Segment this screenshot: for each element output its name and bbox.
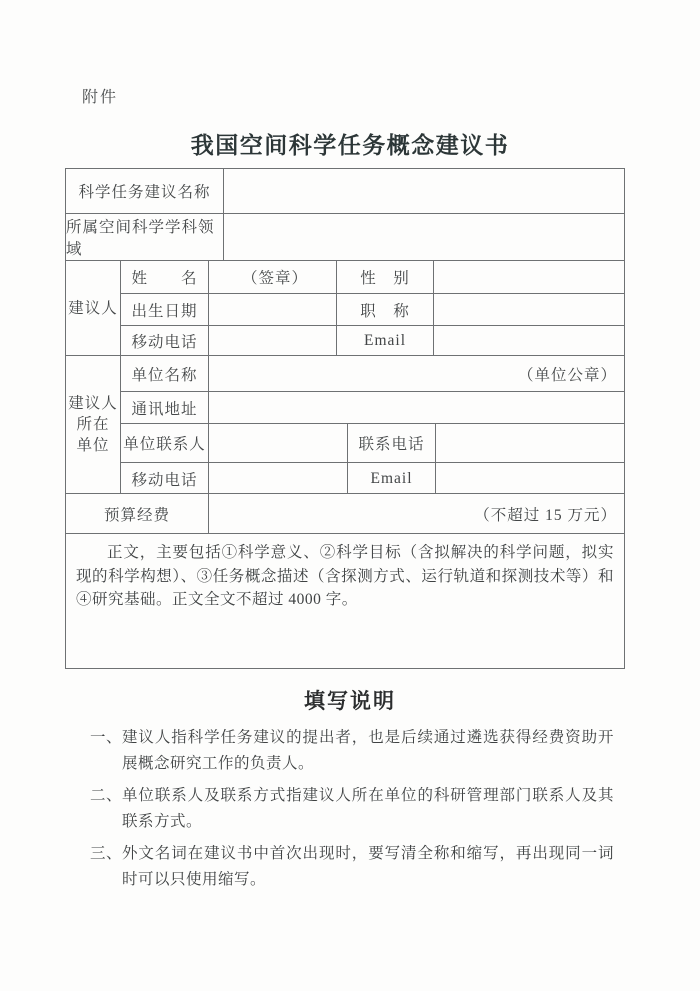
table-section-proposer: 建议人 姓 名 （签章） 性 别 出生日期 职 称 移动电话 Em [66, 261, 624, 356]
table-row-mobile-email: 移动电话 Email [121, 326, 624, 356]
job-title-field [434, 294, 624, 325]
gender-field [434, 261, 624, 293]
proposer-group-label: 建议人 [66, 261, 121, 355]
org-mobile-field [209, 463, 348, 494]
body-text: 正文，主要包括①科学意义、②科学目标（含拟解决的科学问题，拟实现的科学构想）、③… [66, 534, 624, 668]
organization-group-label: 建议人 所在 单位 [66, 356, 121, 493]
table-row-org-contact: 单位联系人 联系电话 [121, 424, 624, 463]
budget-label: 预算经费 [66, 494, 209, 533]
table-row-budget: 预算经费 （不超过 15 万元） [66, 494, 624, 534]
attachment-label: 附件 [82, 84, 118, 107]
contact-phone-field [436, 424, 624, 462]
address-label: 通讯地址 [121, 392, 209, 423]
table-section-organization: 建议人 所在 单位 单位名称 （单位公章） 通讯地址 单位联系人 联系电话 [66, 356, 624, 494]
table-row-discipline: 所属空间科学学科领域 [66, 214, 624, 261]
instruction-text: 建议人指科学任务建议的提出者，也是后续通过遴选获得经费资助开展概念研究工作的负责… [122, 725, 614, 777]
job-title-label: 职 称 [337, 294, 434, 325]
gender-label: 性 别 [337, 261, 434, 293]
organization-group-line2: 所在 [76, 414, 109, 435]
page-title: 我国空间科学任务概念建议书 [0, 127, 700, 160]
discipline-field [224, 214, 624, 260]
mobile-label: 移动电话 [121, 326, 209, 356]
scanned-proposal-form-page: 附件 我国空间科学任务概念建议书 科学任务建议名称 所属空间科学学科领域 建议人… [0, 0, 700, 991]
instruction-item-3: 三、 外文名词在建议书中首次出现时，要写清全称和缩写，再出现同一词时可以只使用缩… [90, 841, 614, 893]
instruction-number: 一、 [90, 725, 122, 777]
org-contact-label: 单位联系人 [121, 424, 209, 462]
address-field [209, 392, 624, 423]
organization-group-line1: 建议人 [68, 393, 118, 414]
signature-hint: （签章） [209, 261, 337, 293]
mission-name-field [224, 169, 624, 213]
org-mobile-label: 移动电话 [121, 463, 209, 494]
instruction-number: 三、 [90, 841, 122, 893]
org-email-field [436, 463, 624, 494]
table-row-org-mobile-email: 移动电话 Email [121, 463, 624, 494]
instruction-item-2: 二、 单位联系人及联系方式指建议人所在单位的科研管理部门联系人及其联系方式。 [90, 783, 614, 835]
birth-date-label: 出生日期 [121, 294, 209, 325]
instruction-number: 二、 [90, 783, 122, 835]
table-row-mission-name: 科学任务建议名称 [66, 169, 624, 214]
table-row-body-text: 正文，主要包括①科学意义、②科学目标（含拟解决的科学问题，拟实现的科学构想）、③… [66, 534, 624, 668]
instruction-text: 外文名词在建议书中首次出现时，要写清全称和缩写，再出现同一词时可以只使用缩写。 [122, 841, 614, 893]
org-name-label: 单位名称 [121, 356, 209, 391]
proposal-form-table: 科学任务建议名称 所属空间科学学科领域 建议人 姓 名 （签章） 性 别 出生日… [65, 168, 625, 669]
table-row-name-gender: 姓 名 （签章） 性 别 [121, 261, 624, 294]
email-label: Email [337, 326, 434, 356]
table-row-org-name: 单位名称 （单位公章） [121, 356, 624, 392]
table-row-birth-title: 出生日期 职 称 [121, 294, 624, 326]
budget-hint: （不超过 15 万元） [209, 494, 624, 533]
table-row-address: 通讯地址 [121, 392, 624, 424]
instruction-item-1: 一、 建议人指科学任务建议的提出者，也是后续通过遴选获得经费资助开展概念研究工作… [90, 725, 614, 777]
mobile-field [209, 326, 337, 356]
instructions-heading: 填写说明 [0, 685, 700, 715]
email-field [434, 326, 624, 356]
org-email-label: Email [348, 463, 436, 494]
contact-phone-label: 联系电话 [348, 424, 436, 462]
org-contact-field [209, 424, 348, 462]
discipline-label: 所属空间科学学科领域 [66, 214, 224, 260]
name-label: 姓 名 [121, 261, 209, 293]
birth-date-field [209, 294, 337, 325]
instruction-text: 单位联系人及联系方式指建议人所在单位的科研管理部门联系人及其联系方式。 [122, 783, 614, 835]
mission-name-label: 科学任务建议名称 [66, 169, 224, 213]
org-seal-hint: （单位公章） [209, 356, 624, 391]
organization-group-line3: 单位 [76, 435, 109, 456]
instructions-list: 一、 建议人指科学任务建议的提出者，也是后续通过遴选获得经费资助开展概念研究工作… [90, 725, 614, 899]
